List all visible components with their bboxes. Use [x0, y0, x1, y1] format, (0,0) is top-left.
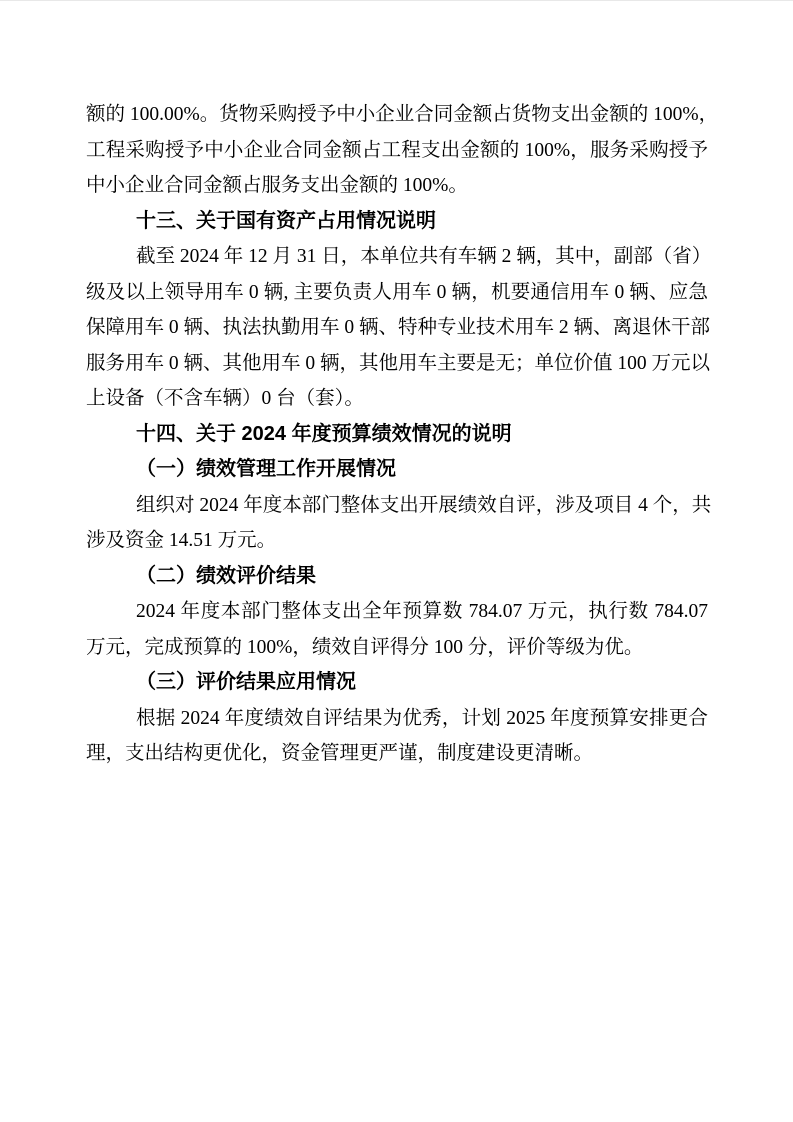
text-line: 截至 2024 年 12 月 31 日，本单位共有车辆 2 辆，其中，副部（省） [86, 239, 708, 275]
text-line: 理，支出结构更优化，资金管理更严谨，制度建设更清晰。 [86, 736, 708, 772]
text-line: 上设备（不含车辆）0 台（套）。 [86, 381, 708, 417]
text-line: 涉及资金 14.51 万元。 [86, 523, 708, 559]
text-line: 根据 2024 年度绩效自评结果为优秀，计划 2025 年度预算安排更合 [86, 701, 708, 737]
section-heading-13: 十三、关于国有资产占用情况说明 [86, 204, 708, 240]
text-line: 组织对 2024 年度本部门整体支出开展绩效自评，涉及项目 4 个，共 [86, 488, 708, 524]
document-page: 额的 100.00%。货物采购授予中小企业合同金额占货物支出金额的 100%， … [0, 0, 793, 1122]
section-heading-14: 十四、关于 2024 年度预算绩效情况的说明 [86, 417, 708, 453]
document-content: 额的 100.00%。货物采购授予中小企业合同金额占货物支出金额的 100%， … [86, 97, 708, 772]
text-line: 额的 100.00%。货物采购授予中小企业合同金额占货物支出金额的 100%， [86, 97, 708, 133]
text-line: 级及以上领导用车 0 辆, 主要负责人用车 0 辆，机要通信用车 0 辆、应急 [86, 275, 708, 311]
subsection-heading-14-2: （二）绩效评价结果 [86, 559, 708, 595]
subsection-heading-14-1: （一）绩效管理工作开展情况 [86, 452, 708, 488]
text-line: 万元，完成预算的 100%，绩效自评得分 100 分，评价等级为优。 [86, 630, 708, 666]
text-line: 保障用车 0 辆、执法执勤用车 0 辆、特种专业技术用车 2 辆、离退休干部 [86, 310, 708, 346]
text-line: 服务用车 0 辆、其他用车 0 辆，其他用车主要是无；单位价值 100 万元以 [86, 346, 708, 382]
text-line: 中小企业合同金额占服务支出金额的 100%。 [86, 168, 708, 204]
subsection-heading-14-3: （三）评价结果应用情况 [86, 665, 708, 701]
text-line: 工程采购授予中小企业合同金额占工程支出金额的 100%，服务采购授予 [86, 133, 708, 169]
text-line: 2024 年度本部门整体支出全年预算数 784.07 万元，执行数 784.07 [86, 594, 708, 630]
